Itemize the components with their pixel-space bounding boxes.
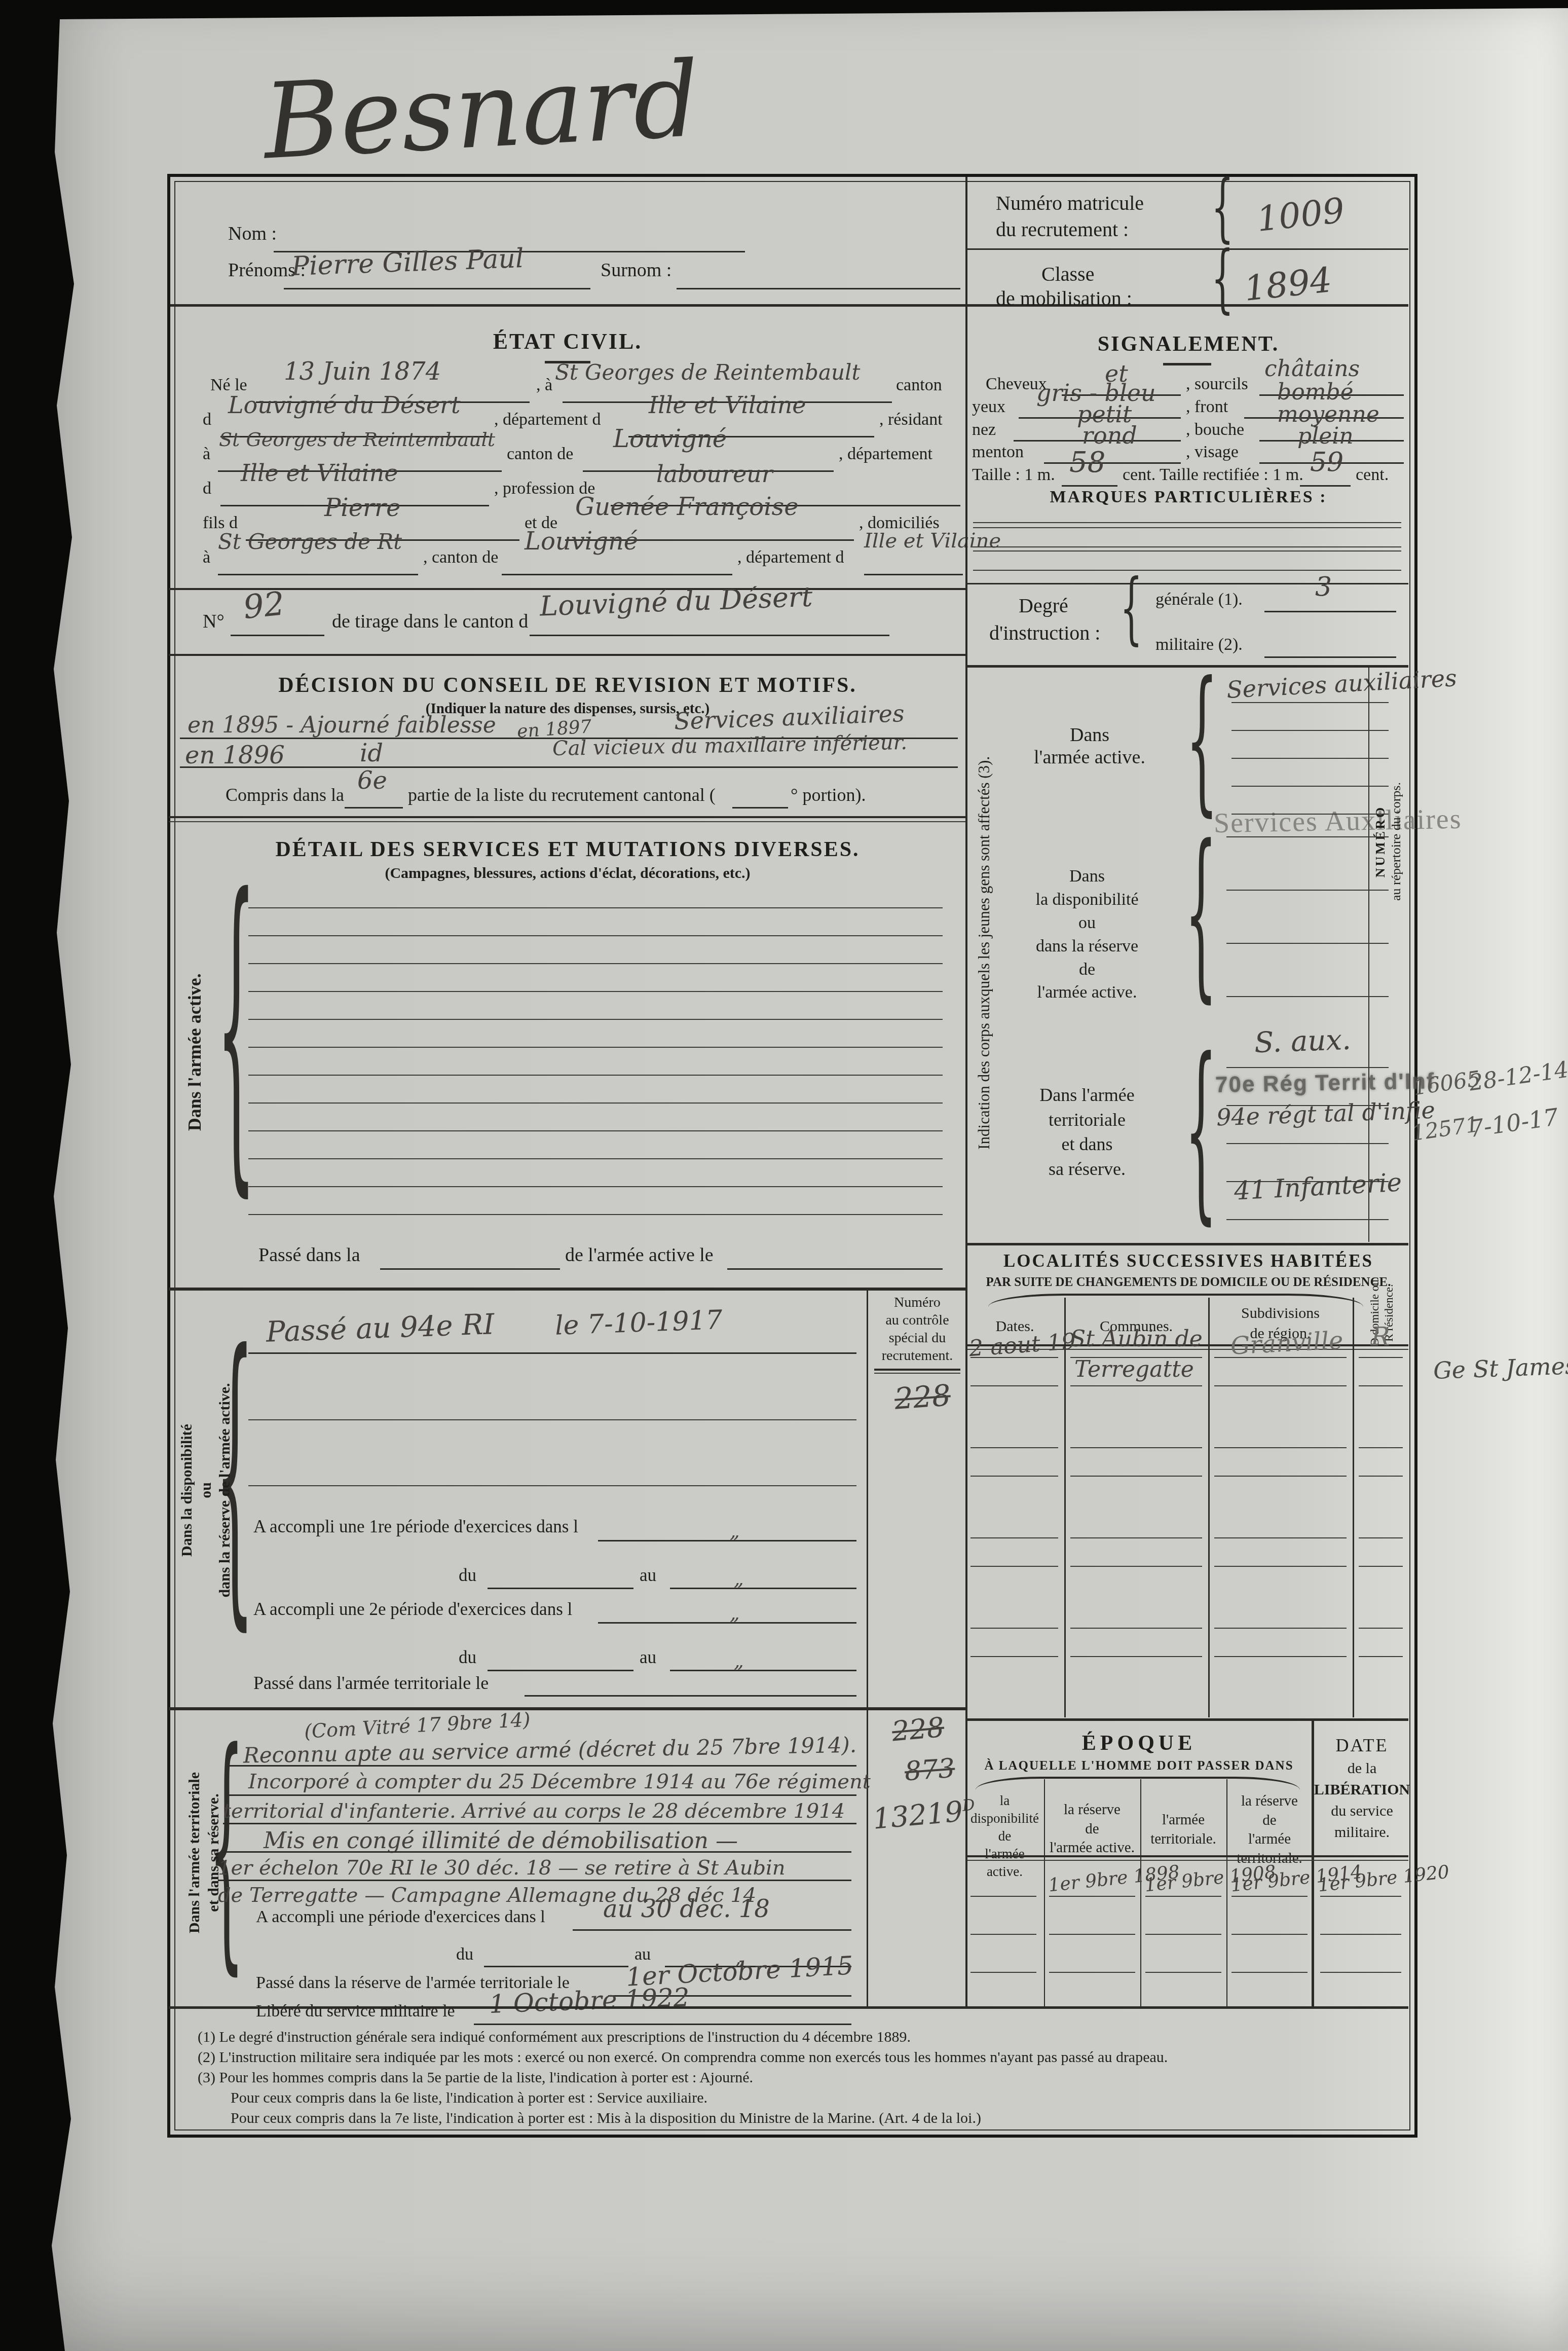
departement3-value: Ille et Vilaine <box>864 529 1001 553</box>
epoque-c1-l4: l'armée active. <box>965 1845 1044 1881</box>
writing-line <box>1049 1896 1135 1897</box>
d1-label: d <box>203 410 211 429</box>
writing-line <box>248 1103 943 1104</box>
writing-line <box>1226 1143 1389 1144</box>
corps-dispo-l6: l'armée active. <box>1009 981 1166 1004</box>
writing-line <box>1226 1067 1389 1068</box>
canton3-value: Louvigné <box>525 527 638 556</box>
localites-top-rule <box>967 1243 1408 1245</box>
writing-line <box>1231 1972 1308 1973</box>
residence-value: St Georges de Reintembault <box>219 428 495 451</box>
epoque-date-l4: du service <box>1313 1801 1411 1822</box>
detail-bottom-rule <box>169 1288 965 1291</box>
terr-periode-label: A accompli une période d'exercices dans … <box>256 1907 545 1927</box>
content-bottom-rule <box>169 2006 1408 2009</box>
militaire-line <box>1264 656 1396 658</box>
terr-line5-rule <box>218 1880 851 1881</box>
tirage-no-value: 92 <box>241 585 286 627</box>
dispo-au1-ditto: „ <box>734 1567 744 1590</box>
compris-a: Compris dans la <box>226 785 344 805</box>
periode1-ditto: „ <box>730 1520 740 1542</box>
tirage-no-label: N° <box>203 611 225 633</box>
departement1-label: , département d <box>494 410 601 429</box>
terr-du-line <box>484 1966 628 1967</box>
corps-terr-l3: et dans <box>1009 1132 1166 1157</box>
terr-side-l1: Dans l'armée territoriale <box>185 1691 204 2015</box>
decision-l2a: en 1896 <box>185 741 285 769</box>
taille-value: 58 <box>1069 446 1105 479</box>
epoque-v2 <box>1140 1779 1141 2006</box>
a3-label: à <box>203 547 210 567</box>
etat-civil-title: ÉTAT CIVIL. <box>172 328 963 354</box>
localites-title: LOCALITÉS SUCCESSIVES HABITÉES <box>965 1251 1411 1271</box>
footnote-3: (3) Pour les hommes compris dans la 5e p… <box>198 2069 753 2086</box>
epoque-c4-l1: la réserve <box>1226 1792 1313 1811</box>
writing-line <box>970 1934 1036 1935</box>
footnote-4: Pour ceux compris dans la 6e liste, l'in… <box>231 2089 707 2107</box>
writing-line <box>1226 1219 1389 1220</box>
epoque-col3-header: l'armée territoriale. <box>1140 1811 1226 1849</box>
writing-line <box>1070 1566 1202 1567</box>
writing-line <box>1359 1566 1403 1567</box>
marques-label: MARQUES PARTICULIÈRES : <box>965 488 1411 507</box>
epoque-c1-l1: la <box>965 1792 1044 1810</box>
signalement-title-rule <box>1163 363 1211 365</box>
l6-line1 <box>218 574 418 575</box>
dispo-du1: du <box>459 1565 476 1586</box>
sourcils-value: châtains <box>1264 356 1360 382</box>
dispo-bottom-rule <box>169 1707 965 1710</box>
epoque-c4-l2: de <box>1226 1811 1313 1830</box>
decision-l2-line <box>180 766 958 768</box>
writing-line <box>248 1485 856 1486</box>
dispo-entry-b: le 7-10-1917 <box>554 1305 723 1341</box>
detail-title: DÉTAIL DES SERVICES ET MUTATIONS DIVERSE… <box>172 837 963 862</box>
canton3-label: , canton de <box>423 547 498 567</box>
departement3-label: , département d <box>737 547 844 567</box>
writing-line <box>970 1357 1058 1358</box>
corps-side-label: Indication des corps auxquels les jeunes… <box>975 674 993 1232</box>
localites-v3 <box>1353 1298 1354 1717</box>
periode2-ditto: „ <box>730 1602 740 1624</box>
taille-line <box>1062 485 1117 487</box>
writing-line <box>1320 1972 1401 1973</box>
terr-num2: 873 <box>904 1753 956 1787</box>
instruction-brace: { <box>1120 562 1143 653</box>
decision-l2b: id <box>360 739 383 767</box>
writing-line <box>1231 814 1389 815</box>
canton2-label: canton de <box>507 444 573 464</box>
front-label: , front <box>1186 397 1228 417</box>
epoque-date-l5: militaire. <box>1313 1822 1411 1843</box>
l6-line2 <box>502 574 732 575</box>
detail-passe-line2 <box>727 1268 943 1270</box>
corps-terr-value1: S. aux. <box>1254 1023 1352 1060</box>
detail-passe-b: de l'armée active le <box>565 1244 714 1267</box>
matricule-label: Numéro matricule <box>996 192 1144 215</box>
generale-line <box>1264 611 1396 612</box>
terr-line4: Mis en congé illimité de démobilisation … <box>264 1828 738 1854</box>
instruction-label2: d'instruction : <box>989 621 1100 645</box>
writing-line <box>970 1896 1036 1897</box>
terr-du: du <box>456 1944 473 1964</box>
writing-line <box>1231 702 1389 703</box>
writing-line <box>248 1214 943 1215</box>
writing-line <box>1226 1105 1389 1106</box>
taille-label: Taille : 1 m. <box>972 465 1055 485</box>
tirage-line <box>530 635 889 636</box>
epoque-col2-header: la réserve de l'armée active. <box>1044 1801 1140 1858</box>
writing-line <box>1231 1896 1308 1897</box>
epoque-v1 <box>1044 1779 1045 2006</box>
writing-line <box>248 1419 856 1420</box>
epoque-title: ÉPOQUE <box>965 1731 1313 1755</box>
controle-header: Numéro au contrôle spécial du recrutemen… <box>869 1294 965 1365</box>
matricule-label2: du recrutement : <box>996 218 1129 241</box>
periode2-label: A accompli une 2e période d'exercices da… <box>253 1599 572 1620</box>
writing-line <box>1214 1476 1347 1477</box>
repertoire-label-l2: au répertoire du corps. <box>1388 735 1404 948</box>
localites-v1 <box>1064 1298 1066 1717</box>
corps-dispo-l2: la disponibilité <box>1009 888 1166 911</box>
taille-rect-line <box>1300 485 1351 487</box>
writing-line <box>1214 1656 1347 1657</box>
terr-line3: territorial d'infanterie. Arrivé au corp… <box>223 1799 845 1823</box>
terr-line5: 1er échelon 70e RI le 30 déc. 18 — se re… <box>218 1856 786 1880</box>
writing-line <box>1070 1476 1202 1477</box>
register-page-scan: Besnard Nom : Prénoms : Pierre Gilles Pa… <box>0 0 1568 2351</box>
dispo-au2: au <box>640 1647 656 1668</box>
compris-c: ° portion). <box>791 785 866 805</box>
l6-line3 <box>864 574 963 575</box>
surnom-line <box>677 288 960 289</box>
terr-line1-rule <box>228 1765 856 1767</box>
corps-dispo-label: Dans la disponibilité ou dans la réserve… <box>1009 865 1166 1004</box>
epoque-c1-l3: de <box>965 1827 1044 1845</box>
passe-terr-line <box>525 1695 856 1697</box>
epoque-c3-l1: l'armée <box>1140 1811 1226 1830</box>
a1-label: , à <box>536 375 552 395</box>
canton-word: canton <box>896 375 942 395</box>
domicile-value: St Georges de Rt <box>218 529 402 554</box>
classe-label2: de mobilisation : <box>996 287 1132 310</box>
terr-side-label: Dans l'armée territoriale et dans sa rés… <box>185 1691 220 2015</box>
writing-line <box>1214 1628 1347 1629</box>
passe-terr-label: Passé dans l'armée territoriale le <box>253 1673 489 1694</box>
libere-label: Libéré du service militaire le <box>256 2001 455 2021</box>
compris-value: 6e <box>357 766 387 795</box>
libere-line <box>474 2024 851 2025</box>
margin-note-stjames: Ge St James <box>1433 1352 1568 1384</box>
controle-rule2 <box>874 1373 960 1374</box>
writing-line <box>1070 1447 1202 1448</box>
writing-line <box>1231 730 1389 731</box>
writing-line <box>248 1019 943 1020</box>
corps-dispo-l1: Dans <box>1009 865 1166 888</box>
localites-row1-dr: R <box>1371 1322 1390 1351</box>
localites-row1-commune2: Terregatte <box>1074 1356 1194 1382</box>
writing-line <box>973 527 1401 528</box>
writing-line <box>1231 758 1389 759</box>
writing-line <box>1359 1357 1403 1358</box>
menton-label: menton <box>972 442 1024 462</box>
instruction-label1: Degré <box>1019 594 1068 617</box>
visage-value: plein <box>1297 423 1354 449</box>
writing-line <box>1145 1972 1221 1973</box>
decision-title: DÉCISION DU CONSEIL DE REVISION ET MOTIF… <box>172 673 963 697</box>
writing-line <box>970 1385 1058 1386</box>
controle-l3: spécial du <box>869 1329 965 1347</box>
surnom-label: Surnom : <box>601 260 671 282</box>
taille-rect-value: 59 <box>1310 447 1343 477</box>
repertoire-col-divider <box>1368 665 1369 1242</box>
dispo-side-l2: ou <box>197 1298 216 1683</box>
prenoms-line <box>284 288 590 289</box>
compris-b: partie de la liste du recrutement canton… <box>408 785 716 805</box>
epoque-header-rule2 <box>967 1860 1408 1861</box>
terr-line2-rule <box>228 1794 856 1796</box>
writing-line <box>1145 1934 1221 1935</box>
writing-line <box>973 550 1401 552</box>
bouche-label: , bouche <box>1186 420 1244 439</box>
epoque-v3 <box>1226 1779 1227 2006</box>
epoque-v4-thick <box>1312 1721 1314 2006</box>
writing-line <box>1359 1537 1403 1538</box>
detail-side-label: Dans l'armée active. <box>184 921 205 1184</box>
epoque-subtitle: À LAQUELLE L'HOMME DOIT PASSER DANS <box>965 1759 1313 1773</box>
writing-line <box>1226 1181 1389 1182</box>
departement2-label: , département <box>839 444 932 464</box>
epoque-col1-header: la disponibilité de l'armée active. <box>965 1792 1044 1881</box>
corps-active-brace: { <box>1186 647 1218 831</box>
corps-dispo-l3: ou <box>1009 911 1166 935</box>
writing-line <box>970 1537 1058 1538</box>
epoque-header-rule1 <box>967 1855 1408 1857</box>
corps-terr-l4: sa réserve. <box>1009 1157 1166 1182</box>
writing-line <box>970 1566 1058 1567</box>
controle-l4: recrutement. <box>869 1347 965 1365</box>
dispo-du2: du <box>459 1647 476 1668</box>
writing-line <box>1214 1357 1347 1358</box>
terr-periode-value: au 30 dec. 18 <box>603 1895 770 1923</box>
epoque-c4-l3: l'armée <box>1226 1830 1313 1849</box>
terr-num1: 228 <box>890 1711 945 1748</box>
writing-line <box>1226 836 1389 837</box>
writing-line <box>1145 1896 1221 1897</box>
controle-l1: Numéro <box>869 1294 965 1311</box>
canton2-value: Louvigné <box>613 425 727 453</box>
detail-passe-line1 <box>380 1268 560 1270</box>
dispo-au2-ditto: „ <box>734 1649 744 1672</box>
writing-line <box>248 1075 943 1076</box>
terr-side-l2: et dans sa réserve. <box>204 1691 223 2015</box>
controle-col-divider <box>867 1289 868 2006</box>
corps-terr-stamp: 70e Rég Territ d'Inf <box>1215 1069 1435 1098</box>
corps-terr-label: Dans l'armée territoriale et dans sa rés… <box>1009 1083 1166 1181</box>
localites-col-subdiv1: Subdivisions <box>1208 1305 1353 1322</box>
epoque-c2-l2: de <box>1044 1820 1140 1839</box>
classe-label: Classe <box>1041 263 1094 286</box>
epoque-c2-l1: la réserve <box>1044 1801 1140 1820</box>
mere-value: Guenée Françoise <box>575 493 799 521</box>
corps-dispo-stamp: Services Auxiliaires <box>1213 803 1462 840</box>
matricule-rule <box>967 248 1408 250</box>
epoque-top-rule <box>967 1718 1408 1721</box>
footnote-1: (1) Le degré d'instruction générale sera… <box>198 2029 911 2046</box>
footnote-5: Pour ceux compris dans la 7e liste, l'in… <box>231 2110 981 2127</box>
periode2-line <box>598 1622 856 1624</box>
nom-label: Nom : <box>228 223 277 245</box>
writing-line <box>1049 1972 1135 1973</box>
writing-line <box>248 963 943 964</box>
epoque-date-l2: de la <box>1313 1758 1411 1779</box>
sourcils-label: , sourcils <box>1186 374 1248 394</box>
dispo-au2-line <box>670 1670 856 1671</box>
profession-value: laboureur <box>656 460 773 488</box>
corps-terr-brace: { <box>1185 1017 1217 1242</box>
d2-label: d <box>203 479 211 498</box>
generale-label: générale (1). <box>1155 590 1243 609</box>
corps-dispo-brace: { <box>1185 806 1217 1019</box>
visage-label: , visage <box>1186 442 1239 462</box>
dispo-au1: au <box>640 1565 656 1586</box>
corps-terr-l2: territoriale <box>1009 1108 1166 1132</box>
writing-line <box>970 1447 1058 1448</box>
dispo-entry-line <box>248 1352 856 1354</box>
controle-l2: au contrôle <box>869 1311 965 1329</box>
menton-value: rond <box>1082 422 1137 449</box>
writing-line <box>1320 1896 1401 1897</box>
epoque-c1-l2: disponibilité <box>965 1810 1044 1827</box>
detail-brace: { <box>217 831 255 1226</box>
writing-line <box>1359 1447 1403 1448</box>
writing-line <box>1070 1656 1202 1657</box>
corps-dispo-l5: de <box>1009 958 1166 981</box>
writing-line <box>1231 1934 1308 1935</box>
epoque-c3-l2: territoriale. <box>1140 1830 1226 1849</box>
departement1-value: Ille et Vilaine <box>649 391 806 419</box>
writing-line <box>1214 1566 1347 1567</box>
writing-line <box>248 935 943 936</box>
departement2-value: Ille et Vilaine <box>241 459 398 487</box>
decision-bottom-rule1 <box>169 816 965 818</box>
writing-line <box>1214 1537 1347 1538</box>
writing-line <box>1049 1934 1135 1935</box>
naissance-date: 13 Juin 1874 <box>284 357 441 386</box>
writing-line <box>1359 1656 1403 1657</box>
epoque-date-header: DATE de la LIBÉRATION du service militai… <box>1313 1733 1411 1843</box>
corps-active-l2: l'armée active. <box>1014 746 1166 768</box>
taille-rect-label: cent. Taille rectifiée : 1 m. <box>1123 465 1303 485</box>
signalement-title: SIGNALEMENT. <box>965 332 1411 356</box>
commune-naissance: St Georges de Reintembault <box>555 360 860 385</box>
writing-line <box>1359 1628 1403 1629</box>
residant-label: , résidant <box>879 410 943 429</box>
repertoire-col-label: NUMÉRO au répertoire du corps. <box>1372 735 1405 948</box>
writing-line <box>248 991 943 992</box>
main-column-divider <box>965 177 967 2006</box>
instruction-top-rule <box>967 583 1408 584</box>
controle-rule1 <box>874 1369 960 1371</box>
writing-line <box>970 1476 1058 1477</box>
decision-bottom-rule2 <box>169 821 965 822</box>
epoque-date-l3: LIBÉRATION <box>1313 1779 1411 1801</box>
writing-line <box>1214 1385 1347 1386</box>
yeux-label: yeux <box>972 397 1005 417</box>
repertoire-label-l1: NUMÉRO <box>1372 735 1388 948</box>
writing-line <box>248 1158 943 1159</box>
decision-l1a: en 1895 - Ajourné faiblesse <box>188 712 496 738</box>
writing-line <box>1231 786 1389 787</box>
writing-line <box>248 1130 943 1131</box>
writing-line <box>248 1186 943 1187</box>
writing-line <box>1226 943 1389 944</box>
epoque-date-l1: DATE <box>1313 1733 1411 1758</box>
surname-signature: Besnard <box>260 40 702 183</box>
writing-line <box>248 1047 943 1048</box>
corps-active-l1: Dans <box>1014 724 1166 746</box>
writing-line <box>1320 1934 1401 1935</box>
classe-brace: { <box>1211 235 1234 322</box>
writing-line <box>973 546 1401 547</box>
writing-line <box>1070 1385 1202 1386</box>
menton-line <box>1044 462 1181 464</box>
writing-line <box>1070 1357 1202 1358</box>
epoque-brace-ornament <box>976 1777 1300 1790</box>
writing-line <box>970 1628 1058 1629</box>
terr-periode-line <box>573 1929 851 1931</box>
writing-line <box>970 1972 1036 1973</box>
localites-subtitle: PAR SUITE DE CHANGEMENTS DE DOMICILE OU … <box>965 1275 1411 1290</box>
writing-line <box>1070 1628 1202 1629</box>
localites-v2 <box>1208 1298 1210 1717</box>
footnote-2: (2) L'instruction militaire sera indiqué… <box>198 2049 1168 2066</box>
writing-line <box>970 1656 1058 1657</box>
nez-label: nez <box>972 420 996 439</box>
compris-line2 <box>732 807 788 809</box>
localites-row1-commune1: St Aubin de <box>1070 1326 1203 1352</box>
generale-value: 3 <box>1315 572 1332 602</box>
dispo-side-label: Dans la disponibilité ou dans la réserve… <box>177 1298 228 1683</box>
writing-line <box>1359 1476 1403 1477</box>
pere-value: Pierre <box>324 494 400 522</box>
writing-line <box>1070 1537 1202 1538</box>
terr-line3-rule <box>223 1823 856 1824</box>
writing-line <box>248 907 943 908</box>
dispo-au1-line <box>670 1588 856 1589</box>
writing-line <box>1226 996 1389 997</box>
a2-label: à <box>203 444 210 464</box>
detail-subtitle: (Campagnes, blessures, actions d'éclat, … <box>172 865 963 882</box>
tirage-no-line <box>231 635 324 636</box>
controle-value: 228 <box>893 1378 952 1416</box>
localites-row1-subdiv: Granville <box>1230 1326 1344 1361</box>
corps-dispo-l4: dans la réserve <box>1009 935 1166 958</box>
periode1-line <box>598 1540 856 1541</box>
dispo-side-l1: Dans la disponibilité <box>177 1298 197 1683</box>
detail-passe-a: Passé dans la <box>258 1244 360 1267</box>
dispo-du2-line <box>488 1670 633 1671</box>
corps-terr-l1: Dans l'armée <box>1009 1083 1166 1108</box>
dispo-du1-line <box>488 1588 633 1589</box>
terr-line4-rule <box>223 1851 851 1853</box>
writing-line <box>1226 890 1389 891</box>
tirage-text: de tirage dans le canton d <box>332 611 528 633</box>
periode1-label: A accompli une 1re période d'exercices d… <box>253 1517 578 1537</box>
terr-line2: Incorporé à compter du 25 Décembre 1914 … <box>248 1770 871 1793</box>
tirage-bottom-rule <box>169 654 965 656</box>
writing-line <box>1214 1447 1347 1448</box>
